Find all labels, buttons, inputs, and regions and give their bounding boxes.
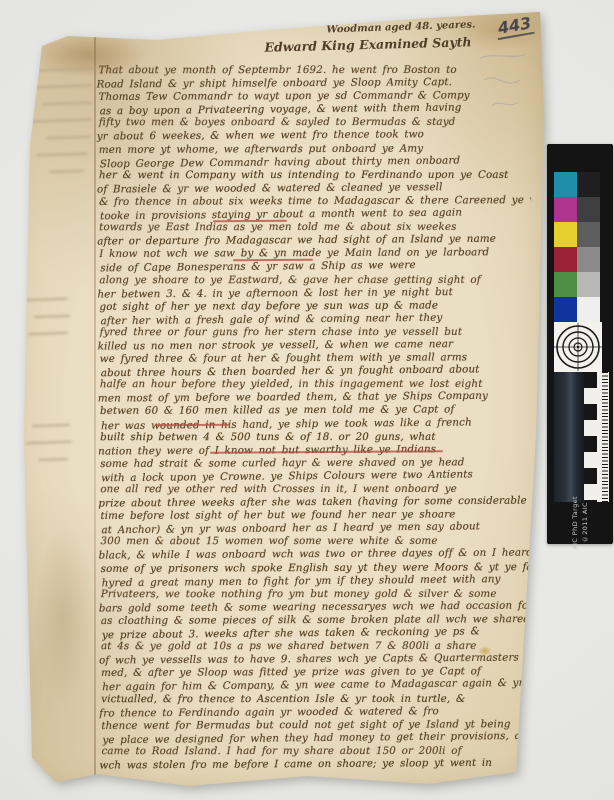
- manuscript-text: That about ye month of Septembr 1692. he…: [98, 63, 533, 772]
- concentric-circles-icon: [554, 322, 602, 372]
- swatch-gray-4: [577, 247, 600, 272]
- ruler-checker-blocks: [584, 372, 597, 502]
- swatch-blue: [554, 297, 577, 322]
- manuscript-line: her betwen 3. & 4. in ye afternoon & los…: [97, 285, 529, 301]
- target-label-line2: ©2011 AIC: [581, 502, 589, 543]
- ruler-tick-scale: [597, 372, 609, 502]
- swatch-gray-1: [577, 172, 600, 197]
- manuscript-page-wrap: Woodman aged 48. yeares. Edward King Exa…: [0, 0, 560, 800]
- page-number: 443: [494, 13, 534, 40]
- paper-fold-crease: [94, 30, 96, 782]
- resolution-target: [554, 322, 602, 372]
- target-label-line1: AIC PhD Target: [571, 496, 579, 550]
- swatch-magenta: [554, 197, 577, 222]
- manuscript-line: of Brasiele & yr we wooded & watered & c…: [97, 180, 529, 196]
- swatch-gray-2: [577, 197, 600, 222]
- swatch-green: [554, 272, 577, 297]
- manuscript-line: fro thence to Ferdinando again yr wooded…: [99, 704, 531, 720]
- manuscript-line: wch was stolen fro me before I came on s…: [99, 756, 531, 772]
- manuscript-line: victualled, & fro thence to Ascention Is…: [101, 692, 533, 705]
- manuscript-page: Woodman aged 48. yeares. Edward King Exa…: [8, 6, 548, 792]
- swatch-white: [577, 297, 600, 322]
- target-header: [547, 144, 613, 172]
- target-ruler: [547, 372, 613, 502]
- manuscript-line: along ye shoare to ye Eastward, & gave h…: [99, 273, 531, 286]
- swatch-gray-5: [577, 272, 600, 297]
- color-swatch-grid: [547, 172, 613, 322]
- manuscript-line: built ship betwen 4 & 500 tuns & of 18. …: [100, 430, 532, 443]
- ruler-dark-strip: [554, 372, 584, 502]
- paper-fold-strip: [22, 34, 96, 784]
- heading-main-line: Edward King Examined Sayth: [238, 34, 498, 56]
- manuscript-line: bars gold some teeth & some wearing nece…: [99, 599, 531, 615]
- archival-photo-backdrop: Woodman aged 48. yeares. Edward King Exa…: [0, 0, 614, 800]
- target-footer: AIC PhD Target ©2011 AIC: [547, 502, 613, 544]
- swatch-gray-3: [577, 222, 600, 247]
- calibration-target: AIC PhD Target ©2011 AIC: [547, 144, 613, 544]
- swatch-dark-red: [554, 247, 577, 272]
- swatch-cyan: [554, 172, 577, 197]
- swatch-yellow: [554, 222, 577, 247]
